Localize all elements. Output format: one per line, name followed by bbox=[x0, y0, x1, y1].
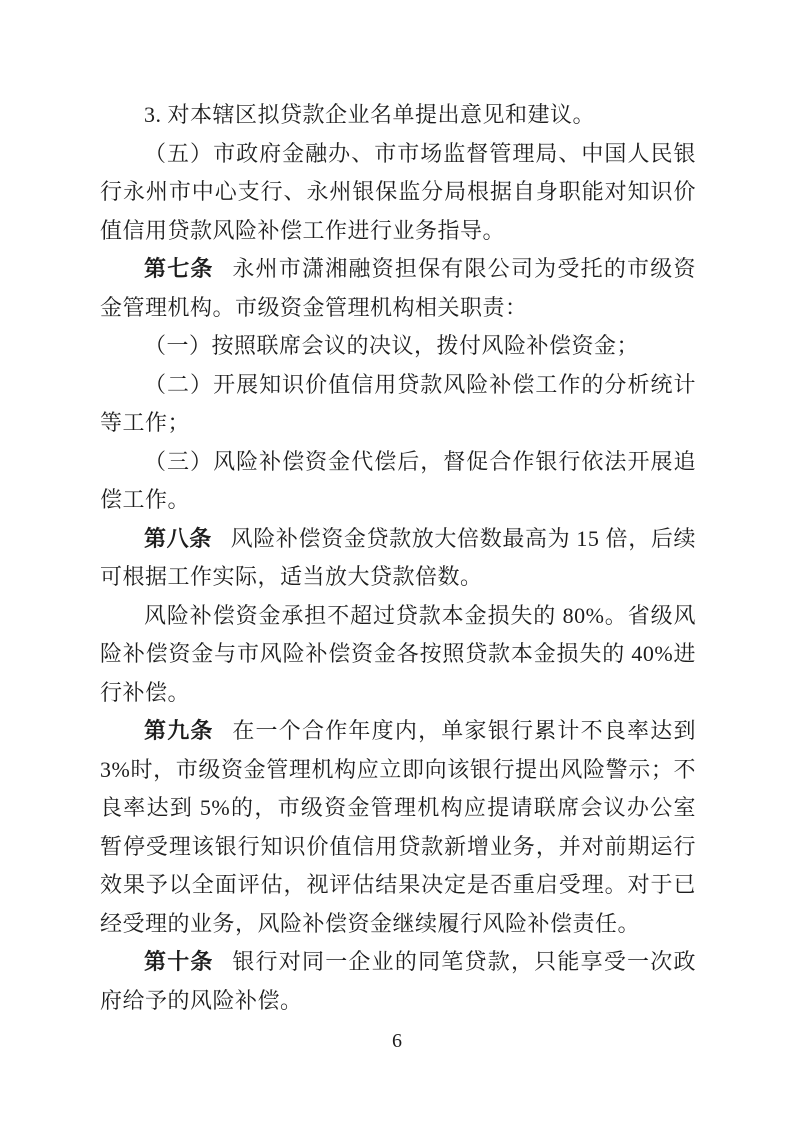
paragraph-article-10: 第十条银行对同一企业的同笔贷款，只能享受一次政府给予的风险补偿。 bbox=[100, 943, 696, 1020]
paragraph-duty-1: （一）按照联席会议的决议，拨付风险补偿资金； bbox=[100, 327, 696, 366]
paragraph-article-8: 第八条风险补偿资金贷款放大倍数最高为 15 倍，后续可根据工作实际，适当放大贷款… bbox=[100, 520, 696, 597]
paragraph-article-7: 第七条永州市潇湘融资担保有限公司为受托的市级资金管理机构。市级资金管理机构相关职… bbox=[100, 250, 696, 327]
paragraph-text: （二）开展知识价值信用贷款风险补偿工作的分析统计等工作； bbox=[100, 372, 696, 436]
paragraph-article-8-detail: 风险补偿资金承担不超过贷款本金损失的 80%。省级风险补偿资金与市风险补偿资金各… bbox=[100, 597, 696, 713]
article-number-label: 第八条 bbox=[144, 526, 212, 551]
page-number: 6 bbox=[392, 1030, 402, 1052]
page-footer: 6 bbox=[0, 1030, 794, 1053]
article-number-label: 第七条 bbox=[144, 256, 214, 281]
paragraph-article-9: 第九条在一个合作年度内，单家银行累计不良率达到 3%时，市级资金管理机构应立即向… bbox=[100, 712, 696, 943]
document-page: 3. 对本辖区拟贷款企业名单提出意见和建议。 （五）市政府金融办、市市场监督管理… bbox=[0, 0, 794, 1122]
article-number-label: 第九条 bbox=[144, 718, 214, 743]
paragraph-text: （三）风险补偿资金代偿后，督促合作银行依法开展追偿工作。 bbox=[100, 449, 696, 513]
document-body: 3. 对本辖区拟贷款企业名单提出意见和建议。 （五）市政府金融办、市市场监督管理… bbox=[100, 96, 696, 1020]
article-number-label: 第十条 bbox=[144, 949, 214, 974]
paragraph-text: 在一个合作年度内，单家银行累计不良率达到 3%时，市级资金管理机构应立即向该银行… bbox=[100, 718, 696, 936]
paragraph-text: （五）市政府金融办、市市场监督管理局、中国人民银行永州市中心支行、永州银保监分局… bbox=[100, 141, 696, 243]
paragraph-item-3: 3. 对本辖区拟贷款企业名单提出意见和建议。 bbox=[100, 96, 696, 135]
paragraph-text: （一）按照联席会议的决议，拨付风险补偿资金； bbox=[144, 333, 639, 358]
paragraph-text: 风险补偿资金承担不超过贷款本金损失的 80%。省级风险补偿资金与市风险补偿资金各… bbox=[100, 603, 696, 705]
paragraph-clause-5: （五）市政府金融办、市市场监督管理局、中国人民银行永州市中心支行、永州银保监分局… bbox=[100, 135, 696, 251]
paragraph-duty-2: （二）开展知识价值信用贷款风险补偿工作的分析统计等工作； bbox=[100, 366, 696, 443]
paragraph-duty-3: （三）风险补偿资金代偿后，督促合作银行依法开展追偿工作。 bbox=[100, 443, 696, 520]
paragraph-text: 3. 对本辖区拟贷款企业名单提出意见和建议。 bbox=[144, 102, 595, 127]
